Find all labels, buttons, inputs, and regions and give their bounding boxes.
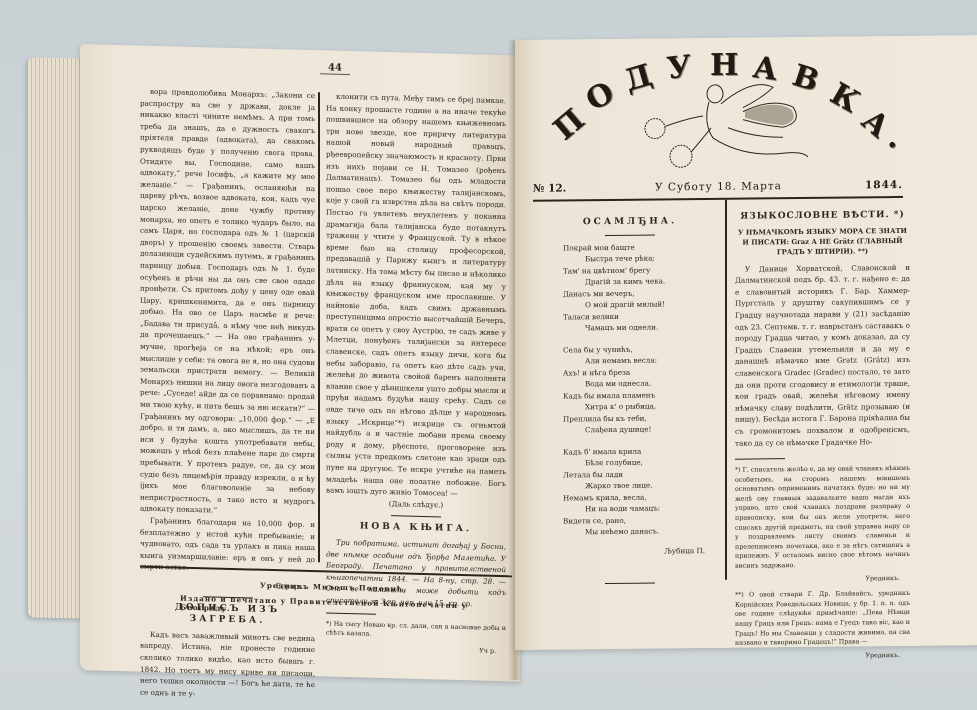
- footnote-signature: Уредникъ.: [735, 573, 910, 584]
- section-subheading: У НѢМАЧКОМЪ ЯЗЫКУ МОРА СЕ ЗНАТИ И ПИСАТИ…: [735, 225, 910, 257]
- page-number: 44: [320, 62, 350, 75]
- footnote-signature: Уредникъ.: [735, 651, 910, 662]
- footnote: *) Г. списатель желѣо е, да му овай члан…: [735, 464, 910, 571]
- stanza: Кадъ б' имала крила Бѣле голубице, Летал…: [545, 444, 715, 538]
- masthead: П О Д У Н А В К А . № 12.: [515, 35, 977, 210]
- footnote: *) На тысу Новаю кр. сл. дали, сан а нас…: [326, 619, 506, 643]
- divider: [605, 583, 655, 585]
- poem-title: ОСАМЛЂНА.: [545, 216, 715, 229]
- footnote: **) О овой ствари Г. Др. Блайвайсъ, уред…: [735, 589, 910, 648]
- poem-signature: Љубица П.: [545, 544, 715, 557]
- masthead-letter: .: [887, 120, 897, 155]
- paragraph: вора правдолюбива Монархъ: „Закони се ра…: [140, 86, 315, 520]
- section-heading: ЯЗЫКОСЛОВНЕ ВѢСТИ. *): [735, 210, 910, 223]
- footnote-signature: Уч р.: [326, 642, 506, 656]
- paragraph: клонити съ пута. Међу тимъ се бреј памка…: [326, 90, 506, 500]
- issue-number: № 12.: [533, 182, 566, 194]
- flying-angel-illustration-icon: [633, 67, 833, 179]
- poem-line: Мы нећемо данасъ.: [545, 525, 715, 538]
- masthead-letter: П: [547, 102, 591, 147]
- divider: [605, 234, 655, 236]
- masthead-letter: О: [580, 75, 620, 118]
- issue-date: У Суботу 18. Марта: [655, 180, 782, 193]
- paragraph: У Данице Хорватской, Славонской и Далмат…: [735, 261, 910, 448]
- divider: [391, 516, 441, 518]
- divider: [735, 458, 785, 460]
- section-heading: НОВА КЊИГА.: [326, 521, 506, 537]
- paragraph: Кадъ васъ заважливый минотъ све ведина в…: [140, 628, 315, 702]
- stanza: Села бы у чунићъ, Али немамъ весла: Ахъ!…: [545, 342, 715, 436]
- stanza: Покрай мои бащте Быстра тече рѣка; Там' …: [545, 240, 715, 334]
- right-page-column-2: ЯЗЫКОСЛОВНЕ ВѢСТИ. *) У НѢМАЧКОМЪ ЯЗЫКУ …: [735, 204, 910, 666]
- column-divider: [318, 92, 320, 562]
- issue-year: 1844.: [865, 179, 903, 191]
- right-page-column-1: ОСАМЛЂНА. Покрай мои бащте Быстра тече р…: [545, 210, 715, 591]
- column-divider: [725, 200, 727, 580]
- left-page: 44 вора правдолюбива Монархъ: „Закони се…: [80, 44, 520, 682]
- right-page: П О Д У Н А В К А . № 12.: [515, 35, 977, 650]
